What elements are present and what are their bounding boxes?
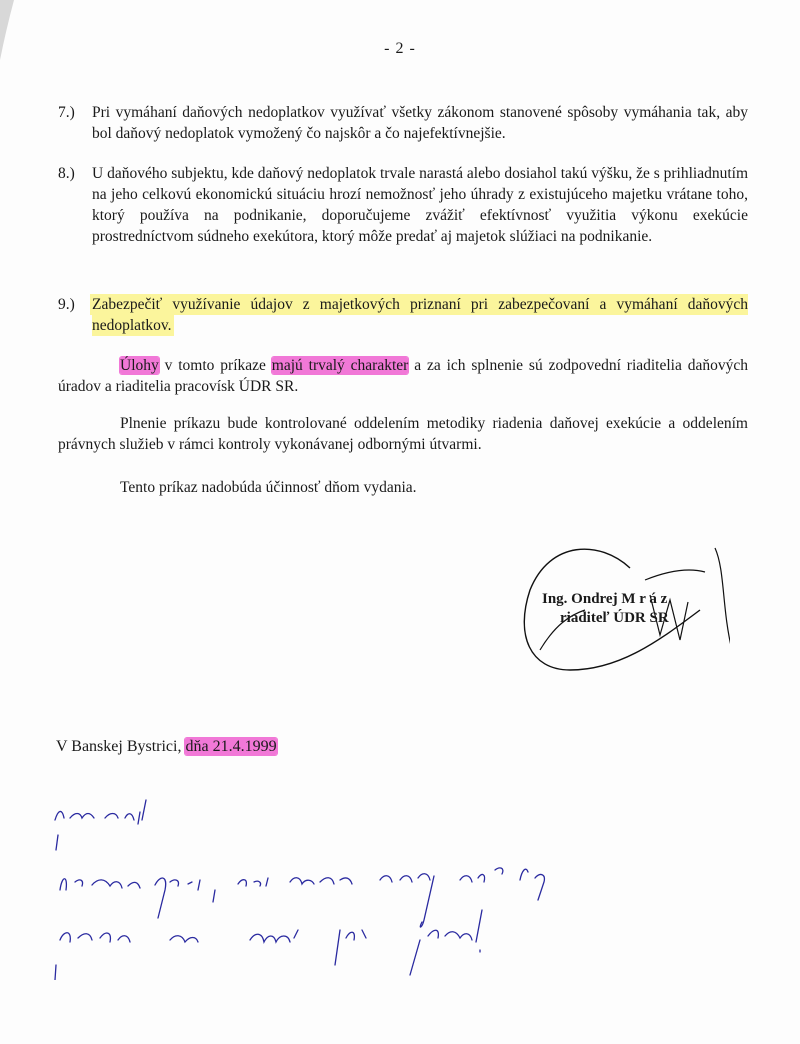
item-number: 9.): [58, 294, 75, 315]
paragraph-text: v tomto príkaze: [159, 357, 272, 374]
highlight-date: dňa 21.4.1999: [185, 738, 276, 755]
paragraph-effect: Tento príkaz nadobúda účinnosť dňom vyda…: [58, 477, 748, 498]
item-text: Pri vymáhaní daňových nedoplatkov využív…: [92, 102, 748, 144]
highlight-trvaly-charakter: majú trvalý charakter: [272, 357, 409, 374]
signatory-name: Ing. Ondrej M r á z: [542, 590, 710, 609]
place-date: V Banskej Bystrici, dňa 21.4.1999: [56, 738, 277, 756]
paragraph-tasks: Úlohy v tomto príkaze majú trvalý charak…: [58, 355, 748, 397]
list-item-7: 7.) Pri vymáhaní daňových nedoplatkov vy…: [58, 102, 748, 144]
place-text: V Banskej Bystrici,: [56, 738, 185, 755]
item-number: 8.): [58, 163, 75, 184]
item-number: 7.): [58, 102, 75, 123]
item-text: U daňového subjektu, kde daňový nedoplat…: [92, 163, 748, 247]
handwritten-note: [50, 790, 770, 980]
highlight-ulohy: Úlohy: [120, 357, 159, 374]
signature-block: Ing. Ondrej M r á z riaditeľ ÚDR SR: [520, 590, 710, 628]
page-number: - 2 -: [0, 40, 800, 58]
document-page: - 2 - 7.) Pri vymáhaní daňových nedoplat…: [0, 0, 800, 1044]
list-item-8: 8.) U daňového subjektu, kde daňový nedo…: [58, 163, 748, 247]
list-item-9: 9.) Zabezpečiť využívanie údajov z majet…: [58, 294, 748, 336]
signatory-title: riaditeľ ÚDR SR: [560, 609, 710, 628]
highlighted-item-text: Zabezpečiť využívanie údajov z majetkový…: [92, 296, 748, 334]
paragraph-control: Plnenie príkazu bude kontrolované oddele…: [58, 413, 748, 455]
